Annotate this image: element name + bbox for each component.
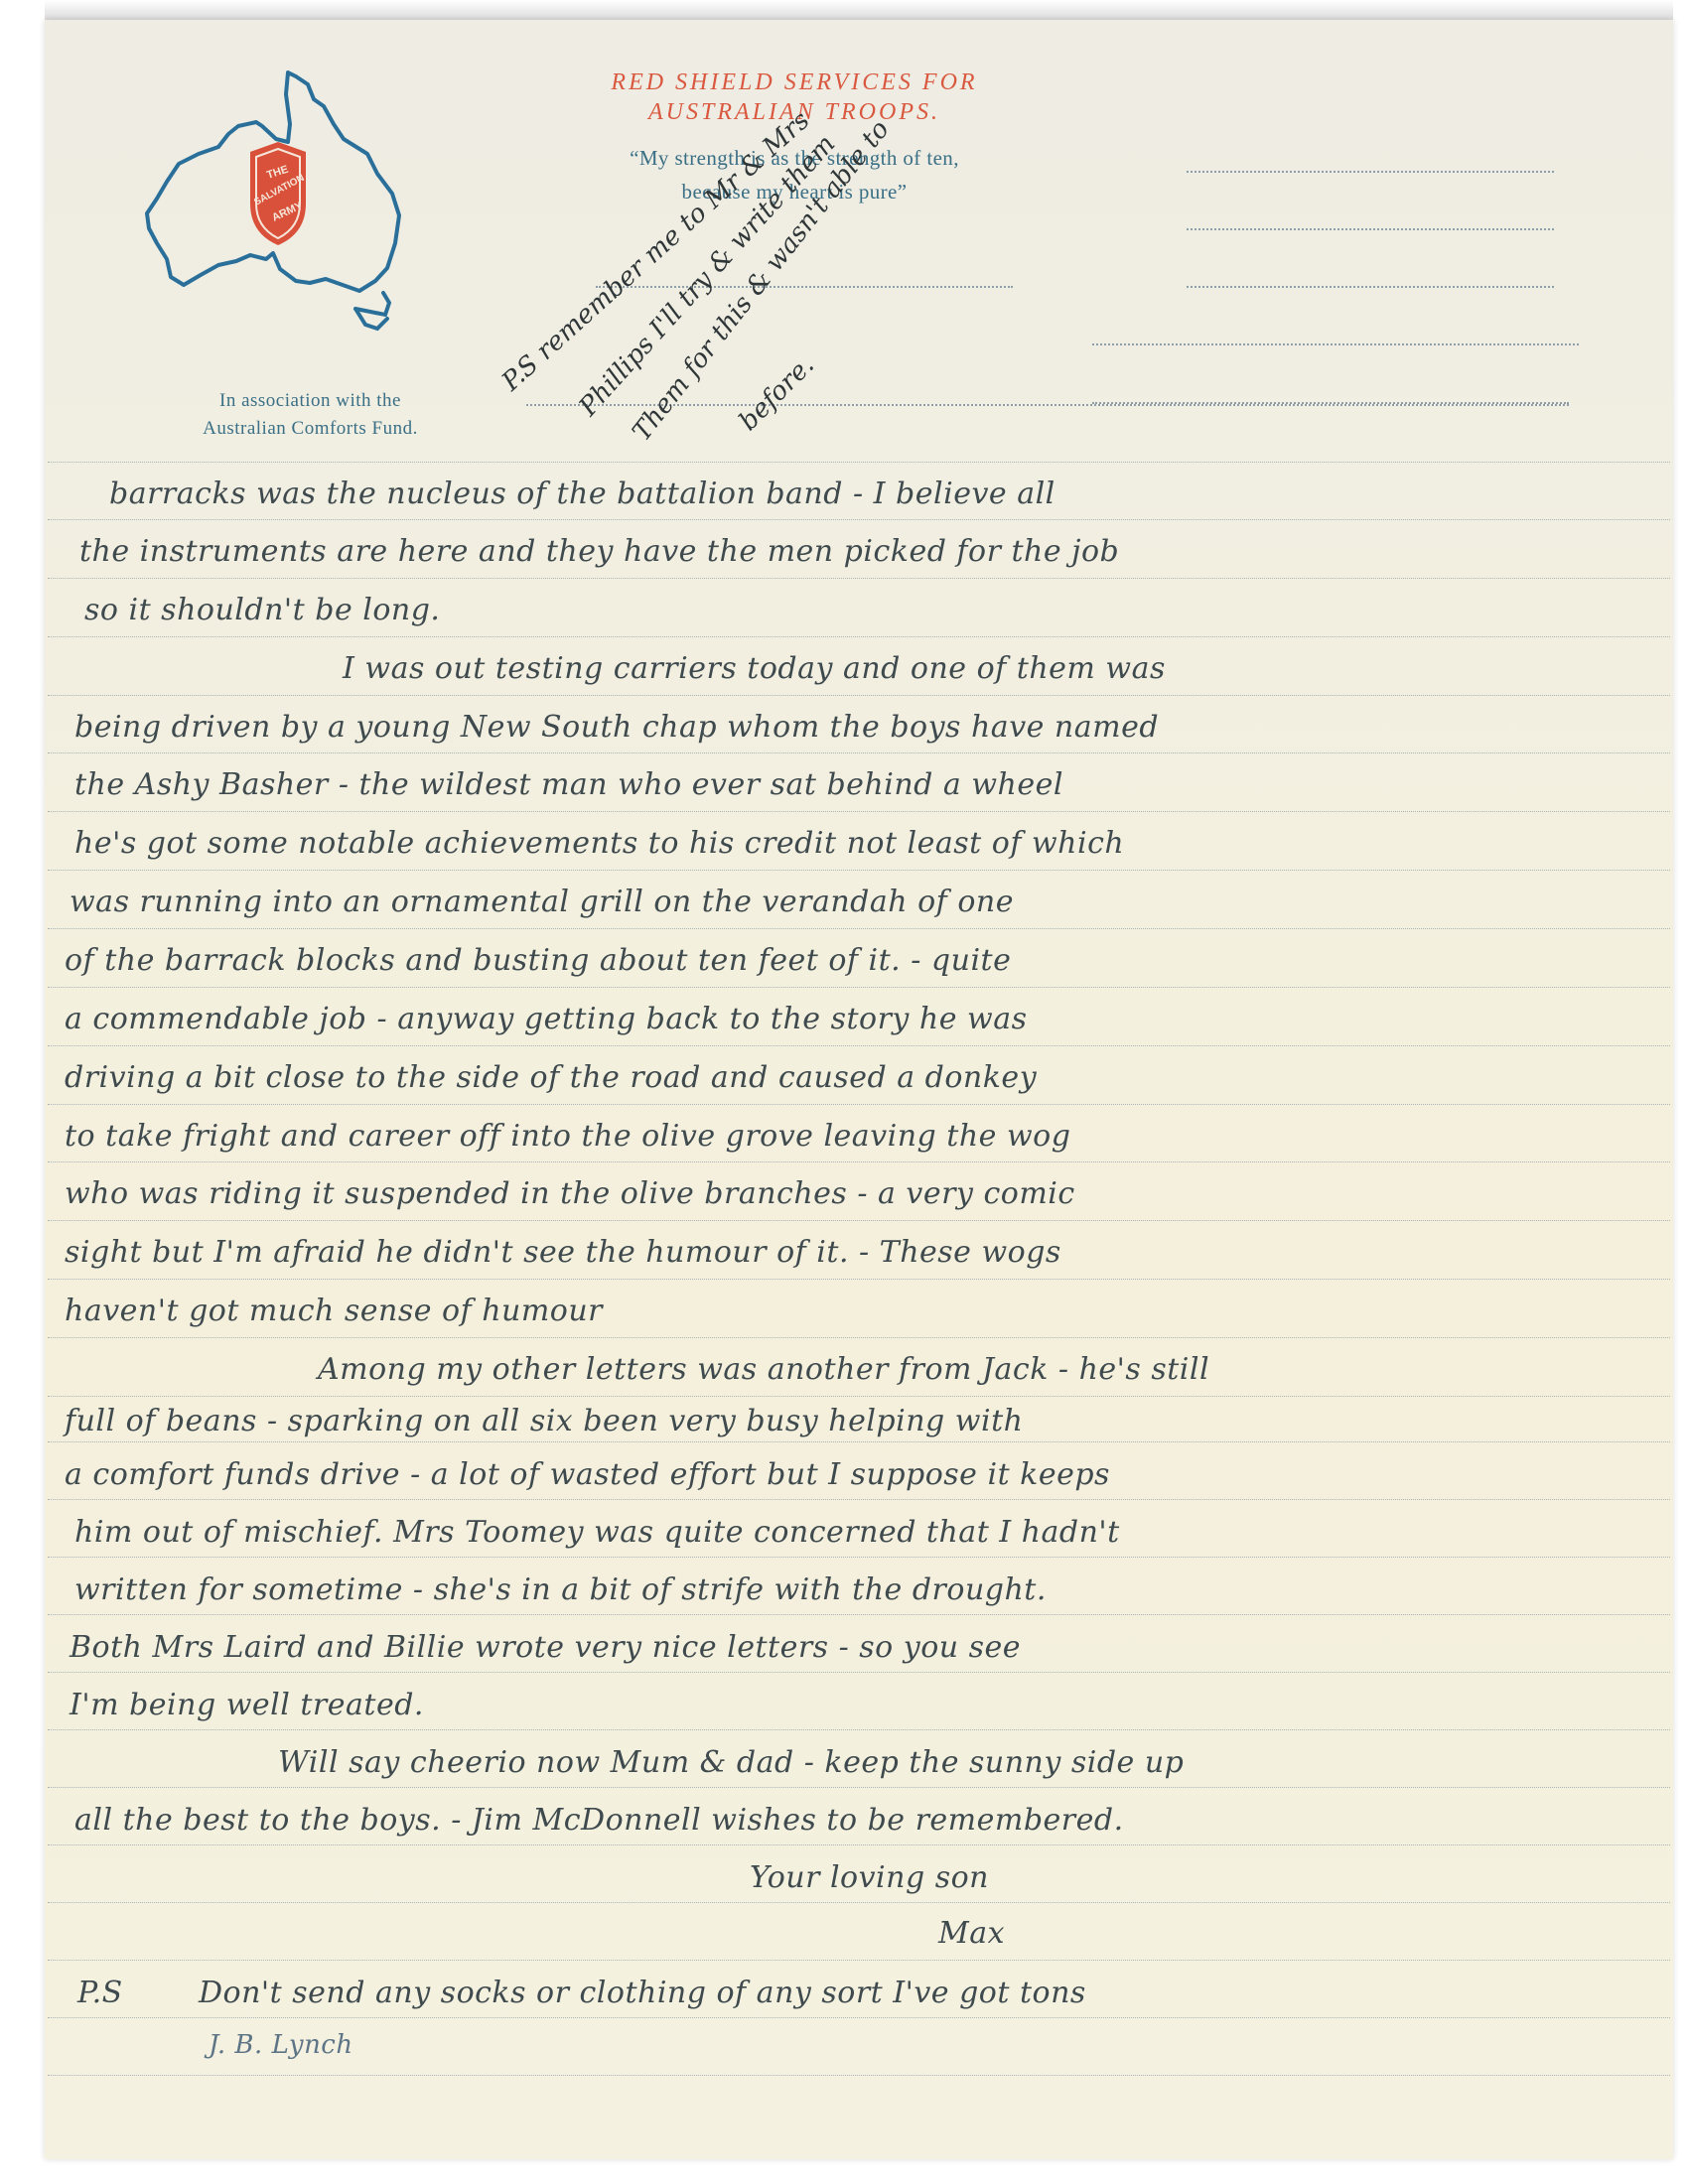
letter-line: sight but I'm afraid he didn't see the h… (65, 1235, 1061, 1270)
rule (48, 636, 1670, 637)
rule (48, 928, 1670, 929)
rule (48, 1441, 1670, 1442)
header-rule (1187, 228, 1554, 230)
rule (48, 519, 1670, 520)
signature: Max (938, 1916, 1005, 1951)
rule (48, 2075, 1670, 2076)
censor-signature: J. B. Lynch (209, 2030, 353, 2060)
rule (48, 1104, 1670, 1105)
rule (48, 1161, 1670, 1162)
rule (48, 1045, 1670, 1046)
letter-line: him out of mischief. Mrs Toomey was quit… (74, 1515, 1120, 1550)
letter-line: the Ashy Basher - the wildest man who ev… (74, 767, 1063, 802)
letter-line: Both Mrs Laird and Billie wrote very nic… (70, 1630, 1021, 1665)
rule (48, 1672, 1670, 1673)
rule (48, 462, 1670, 463)
rule (48, 1557, 1670, 1558)
rule (48, 1396, 1670, 1397)
header-rule (1092, 402, 1569, 404)
letter-line: barracks was the nucleus of the battalio… (109, 477, 1055, 511)
title-line-1: RED SHIELD SERVICES FOR (536, 68, 1053, 97)
letter-line: was running into an ornamental grill on … (70, 885, 1014, 919)
letter-line: a comfort funds drive - a lot of wasted … (65, 1457, 1110, 1492)
rule (48, 1337, 1670, 1338)
rule (48, 1614, 1670, 1615)
rule (48, 1729, 1670, 1730)
letter-line: the instruments are here and they have t… (79, 534, 1119, 569)
letter-line: haven't got much sense of humour (65, 1294, 603, 1328)
letter-line: Among my other letters was another from … (318, 1352, 1209, 1387)
letter-line: he's got some notable achievements to hi… (74, 826, 1124, 861)
letter-line: being driven by a young New South chap w… (74, 710, 1159, 745)
rule (48, 1220, 1670, 1221)
closing: Your loving son (750, 1860, 989, 1895)
letter-line: driving a bit close to the side of the r… (65, 1060, 1037, 1095)
letter-line: I'm being well treated. (70, 1688, 424, 1722)
rule (48, 1787, 1670, 1788)
rule (48, 1499, 1670, 1500)
letter-line: Will say cheerio now Mum & dad - keep th… (278, 1745, 1184, 1780)
header-rule (596, 286, 1013, 288)
association-text: In association with the Australian Comfo… (139, 387, 482, 443)
association-line-1: In association with the (139, 387, 482, 415)
letter-line: a commendable job - anyway getting back … (65, 1002, 1027, 1036)
postscript-label: P.S (77, 1976, 123, 2010)
letter-line: of the barrack blocks and busting about … (65, 943, 1011, 978)
rule (48, 578, 1670, 579)
letter-line: so it shouldn't be long. (84, 593, 440, 627)
rule (48, 987, 1670, 988)
letter-line: written for sometime - she's in a bit of… (74, 1572, 1047, 1607)
rule (48, 2017, 1670, 2018)
association-line-2: Australian Comforts Fund. (139, 415, 482, 443)
rule (48, 1960, 1670, 1961)
letterhead: THE SALVATION ARMY In association with t… (0, 0, 1688, 457)
rule (48, 870, 1670, 871)
letter-line: to take fright and career off into the o… (65, 1119, 1070, 1154)
rule (48, 1279, 1670, 1280)
header-rule (1187, 286, 1554, 288)
rule (48, 695, 1670, 696)
australia-map-logo-icon: THE SALVATION ARMY (139, 55, 482, 352)
header-rule (1187, 171, 1554, 173)
rule (48, 1844, 1670, 1845)
postscript: Don't send any socks or clothing of any … (199, 1976, 1086, 2010)
letter-line: all the best to the boys. - Jim McDonnel… (74, 1803, 1124, 1838)
letter-line: who was riding it suspended in the olive… (65, 1176, 1075, 1211)
header-rule (1092, 343, 1579, 345)
rule (48, 1902, 1670, 1903)
letter-line: I was out testing carriers today and one… (343, 651, 1166, 686)
rule (48, 752, 1670, 753)
letter-line: full of beans - sparking on all six been… (65, 1404, 1023, 1438)
rule (48, 811, 1670, 812)
